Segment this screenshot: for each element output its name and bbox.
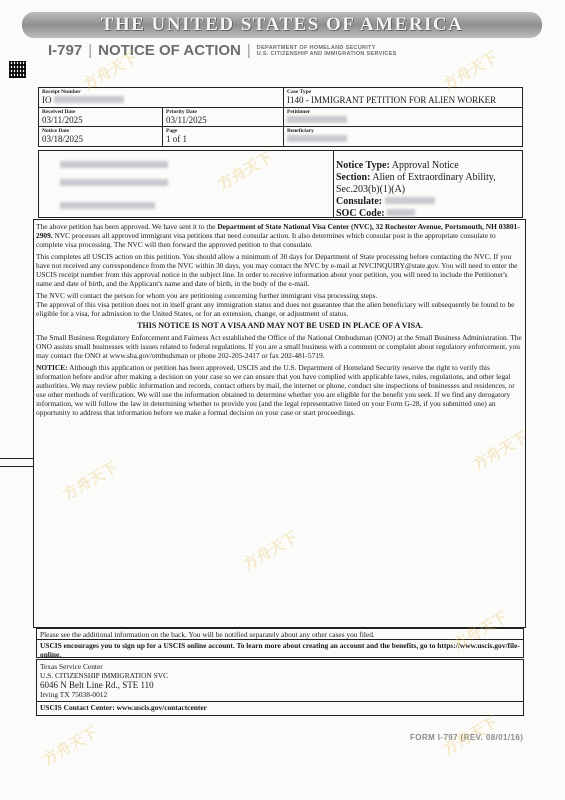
beneficiary-field: Beneficiary: [283, 126, 523, 147]
online-account-note: USCIS encourages you to sign up for a US…: [36, 639, 524, 658]
case-type-field: Case Type I140 - IMMIGRANT PETITION FOR …: [283, 87, 523, 108]
watermark: 方舟天下: [39, 721, 101, 769]
barcode-icon: [9, 61, 26, 78]
notice-text: The above petition has been approved. We…: [36, 222, 524, 420]
page-field: Page 1 of 1: [162, 126, 284, 147]
mailing-address-redacted: [60, 160, 168, 214]
form-revision: FORM I-797 (REV. 08/01/16): [410, 733, 523, 742]
fold-marks: [0, 458, 33, 474]
petitioner-field: Petitioner: [283, 107, 523, 127]
form-number: I-797: [48, 42, 82, 59]
notice-details: Notice Type: Approval Notice Section: Al…: [336, 160, 496, 220]
form-header: I-797 | NOTICE OF ACTION | DEPARTMENT OF…: [48, 42, 397, 59]
banner: THE UNITED STATES OF AMERICA: [22, 12, 542, 38]
notice-date-field: Notice Date 03/18/2025: [38, 126, 163, 147]
section: Alien of Extraordinary Ability,: [372, 172, 495, 183]
service-center-address: Texas Service Center U.S. CITIZENSHIP IM…: [36, 659, 524, 716]
notice-type: Approval Notice: [392, 160, 459, 171]
received-date-field: Received Date 03/11/2025: [38, 107, 163, 127]
receipt-number-field: Receipt Number IO: [38, 87, 284, 108]
department: DEPARTMENT OF HOMELAND SECURITYU.S. CITI…: [257, 45, 397, 57]
contact-center: USCIS Contact Center: www.uscis.gov/cont…: [37, 701, 523, 712]
priority-date-field: Priority Date 03/11/2025: [162, 107, 284, 127]
form-title: NOTICE OF ACTION: [98, 42, 241, 59]
visa-warning: THIS NOTICE IS NOT A VISA AND MAY NOT BE…: [36, 321, 524, 330]
